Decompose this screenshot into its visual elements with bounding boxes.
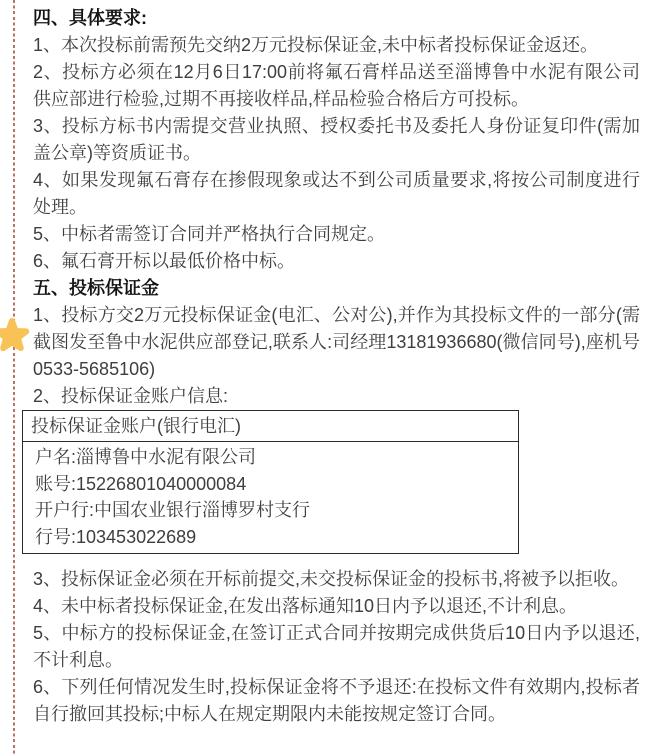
row-label: 行号: (35, 527, 76, 547)
section4-item-2: 2、投标方必须在12月6日17:00前将氟石膏样品送至淄博鲁中水泥有限公司供应部… (33, 59, 640, 113)
table-row-account-name: 户名:淄博鲁中水泥有限公司 (35, 444, 510, 471)
star-icon (0, 316, 31, 356)
table-row-account-number: 账号:15226801040000084 (35, 471, 510, 498)
deposit-account-table-header: 投标保证金账户(银行电汇) (23, 411, 518, 442)
row-label: 户名: (35, 447, 76, 467)
row-value: 103453022689 (76, 527, 196, 547)
article-page: 四、具体要求: 1、本次投标前需预先交纳2万元投标保证金,未中标者投标保证金返还… (0, 0, 657, 754)
section4-item-6: 6、氟石膏开标以最低价格中标。 (33, 248, 640, 275)
section4-item-1: 1、本次投标前需预先交纳2万元投标保证金,未中标者投标保证金返还。 (33, 32, 640, 59)
left-dashed-divider (13, 0, 15, 754)
section5-item-2: 2、投标保证金账户信息: (33, 383, 640, 410)
row-value: 15226801040000084 (76, 474, 246, 494)
table-row-bank-name: 开户行:中国农业银行淄博罗村支行 (35, 497, 510, 524)
section5-item-4: 4、未中标者投标保证金,在发出落标通知10日内予以退还,不计利息。 (33, 593, 640, 620)
row-label: 账号: (35, 474, 76, 494)
row-label: 开户行: (35, 500, 94, 520)
row-value: 中国农业银行淄博罗村支行 (94, 500, 310, 520)
row-value: 淄博鲁中水泥有限公司 (76, 447, 256, 467)
section5-heading: 五、投标保证金 (33, 275, 640, 302)
table-row-bank-code: 行号:103453022689 (35, 524, 510, 551)
section5-item-6: 6、下列任何情况发生时,投标保证金将不予退还:在投标文件有效期内,投标者自行撤回… (33, 674, 640, 728)
article-body: 四、具体要求: 1、本次投标前需预先交纳2万元投标保证金,未中标者投标保证金返还… (33, 5, 640, 728)
section5-item-1: 1、投标方交2万元投标保证金(电汇、公对公),并作为其投标文件的一部分(需截图发… (33, 302, 640, 383)
section4-item-5: 5、中标者需签订合同并严格执行合同规定。 (33, 221, 640, 248)
deposit-account-table: 投标保证金账户(银行电汇) 户名:淄博鲁中水泥有限公司 账号:152268010… (22, 410, 519, 554)
section4-item-3: 3、投标方标书内需提交营业执照、授权委托书及委托人身份证复印件(需加盖公章)等资… (33, 113, 640, 167)
section4-heading: 四、具体要求: (33, 5, 640, 32)
section5-item-3: 3、投标保证金必须在开标前提交,未交投标保证金的投标书,将被予以拒收。 (33, 566, 640, 593)
deposit-account-table-body: 户名:淄博鲁中水泥有限公司 账号:15226801040000084 开户行:中… (23, 442, 518, 553)
section4-item-4: 4、如果发现氟石膏存在掺假现象或达不到公司质量要求,将按公司制度进行处理。 (33, 167, 640, 221)
section5-item-5: 5、中标方的投标保证金,在签订正式合同并按期完成供货后10日内予以退还,不计利息… (33, 620, 640, 674)
